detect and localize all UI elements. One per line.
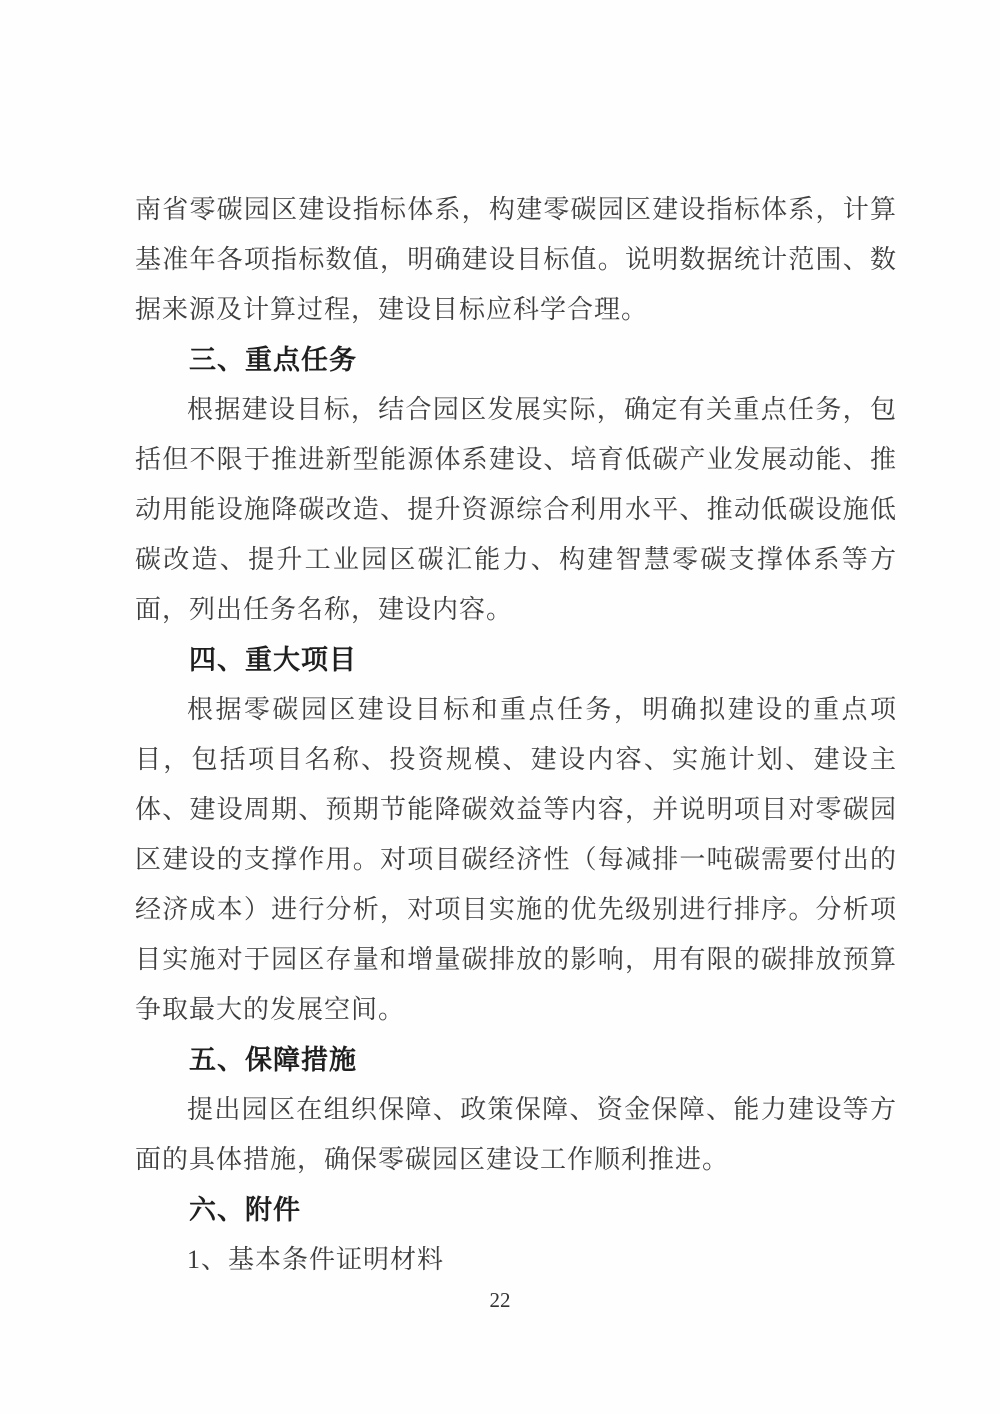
paragraph-continued-from-previous-page: 南省零碳园区建设指标体系，构建零碳园区建设指标体系，计算基准年各项指标数值，明确…: [135, 185, 897, 335]
paragraph-major-projects: 根据零碳园区建设目标和重点任务，明确拟建设的重点项目，包括项目名称、投资规模、建…: [135, 685, 897, 1035]
page-number: 22: [0, 1288, 1000, 1313]
paragraph-safeguard-measures: 提出园区在组织保障、政策保障、资金保障、能力建设等方面的具体措施，确保零碳园区建…: [135, 1085, 897, 1185]
paragraph-key-tasks: 根据建设目标，结合园区发展实际，确定有关重点任务，包括但不限于推进新型能源体系建…: [135, 385, 897, 635]
attachment-list-item-1: 1、基本条件证明材料: [135, 1235, 897, 1285]
section-heading-major-projects: 四、重大项目: [135, 635, 897, 685]
document-body: 南省零碳园区建设指标体系，构建零碳园区建设指标体系，计算基准年各项指标数值，明确…: [135, 185, 897, 1285]
section-heading-safeguard-measures: 五、保障措施: [135, 1035, 897, 1085]
section-heading-attachments: 六、附件: [135, 1185, 897, 1235]
section-heading-key-tasks: 三、重点任务: [135, 335, 897, 385]
document-page: 南省零碳园区建设指标体系，构建零碳园区建设指标体系，计算基准年各项指标数值，明确…: [0, 0, 1000, 1414]
